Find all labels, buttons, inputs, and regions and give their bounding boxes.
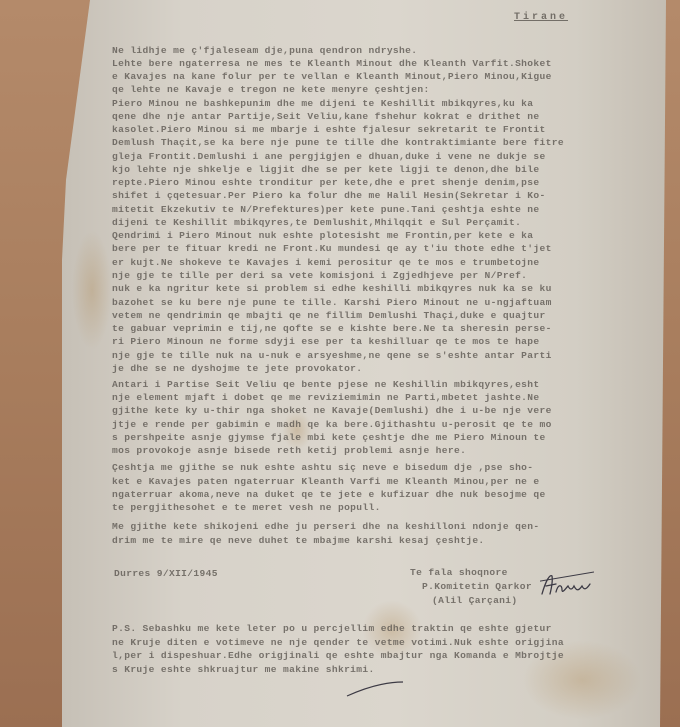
body-line: mitetit Ekzekutiv te N/Prefektures)per k… <box>112 203 540 216</box>
body-line: Ne lidhje me ç'fjaleseam dje,puna qendro… <box>112 44 417 57</box>
body-line: Me gjithe kete shikojeni edhe ju perseri… <box>112 520 540 533</box>
handwritten-signature <box>540 570 594 600</box>
body-line: vetem ne qendrimin qe mbajti qe ne filli… <box>112 309 546 322</box>
body-line: repte.Piero Minou eshte tronditur per ke… <box>112 176 540 189</box>
body-line: bere per te fituar kredi ne Front.Ku mun… <box>112 242 552 255</box>
body-line: drim me te mire qe neve duhet te mbajme … <box>112 534 485 547</box>
body-line: kjo lehte nje shkelje e ligjit dhe se pe… <box>112 163 540 176</box>
body-line: Lehte bere ngaterresa ne mes te Kleanth … <box>112 57 552 70</box>
body-line: Çeshtja me gjithe se nuk eshte ashtu siç… <box>112 461 533 474</box>
body-line: bazohet se ku bere nje pune te tille. Ka… <box>112 296 552 309</box>
body-line: shifet i çqetesuar.Per Piero ka folur dh… <box>112 189 546 202</box>
body-line: nje gje te tille nuk na u-nuk e arsyeshm… <box>112 349 552 362</box>
body-line: nuk e ka ngritur kete si problem si edhe… <box>112 282 552 295</box>
postscript-line: ne Kruje diten e votimeve ne nje qender … <box>112 636 564 649</box>
body-line: e Kavajes na kane folur per te vellan e … <box>112 70 552 83</box>
body-line: ngaterruar akoma,neve na duket qe te jet… <box>112 488 546 501</box>
body-line: nje gje te tille per deri sa vete komisj… <box>112 269 527 282</box>
closing-name: (Alil Çarçani) <box>432 594 518 607</box>
date-line: Durres 9/XII/1945 <box>114 567 218 580</box>
closing-greeting: Te fala shoqnore <box>410 566 508 579</box>
body-line: je dhe se ne dyshojme te jete provokator… <box>112 362 362 375</box>
body-line: Qendrimi i Piero Minout nuk eshte plotes… <box>112 229 533 242</box>
body-line: Piero Minou ne bashkepunim dhe me dijeni… <box>112 97 533 110</box>
body-line: qe lehte ne Kavaje e tregon ne kete meny… <box>112 83 430 96</box>
body-line: Antari i Partise Seit Veliu qe bente pje… <box>112 378 540 391</box>
body-line: Demlush Thaçit,se ka bere nje pune te ti… <box>112 136 564 149</box>
body-line: qene dhe nje antar Partije,Seit Veliu,ka… <box>112 110 540 123</box>
body-line: ri Piero Minoun ne forme sdyji ese per t… <box>112 335 540 348</box>
postscript-line: P.S. Sebashku me kete leter po u percjel… <box>112 622 552 635</box>
body-line: gleja Frontit.Demlushi i ane pergjigjen … <box>112 150 546 163</box>
body-line: ket e Kavajes paten ngaterruar Kleanth V… <box>112 475 540 488</box>
body-line: nje element mjaft i dobet qe me reviziem… <box>112 391 540 404</box>
postscript-line: l,per i dispeshuar.Edhe origjinali qe es… <box>112 649 564 662</box>
body-line: gjithe kete ky u-thir nga shoket ne Kava… <box>112 404 552 417</box>
body-line: s pershpeite asnje gjymse fjale mbi kete… <box>112 431 546 444</box>
closing-committee: P.Komitetin Qarkor <box>422 580 532 593</box>
body-line: te pergjithesohet e te meret vesh ne pop… <box>112 501 381 514</box>
header-place: Tirane <box>514 12 568 23</box>
body-line: jtje e rende per gabimin e madh qe ka be… <box>112 418 552 431</box>
body-line: te gabuar veprimin e tij,ne qofte se e k… <box>112 322 552 335</box>
body-line: kasolet.Piero Minou si me mbarje i eshte… <box>112 123 546 136</box>
postscript-line: s Kruje eshte shkruajtur me makine shkri… <box>112 663 375 676</box>
pen-stroke-mark <box>345 678 405 698</box>
body-line: mos provokoje asnje bisede reth ketij pr… <box>112 444 466 457</box>
body-line: er kujt.Ne shokeve te Kavajes i kemi per… <box>112 256 540 269</box>
body-line: dijeni te Keshillit mbikqyres,te Demlush… <box>112 216 521 229</box>
paper-stain <box>72 230 112 350</box>
